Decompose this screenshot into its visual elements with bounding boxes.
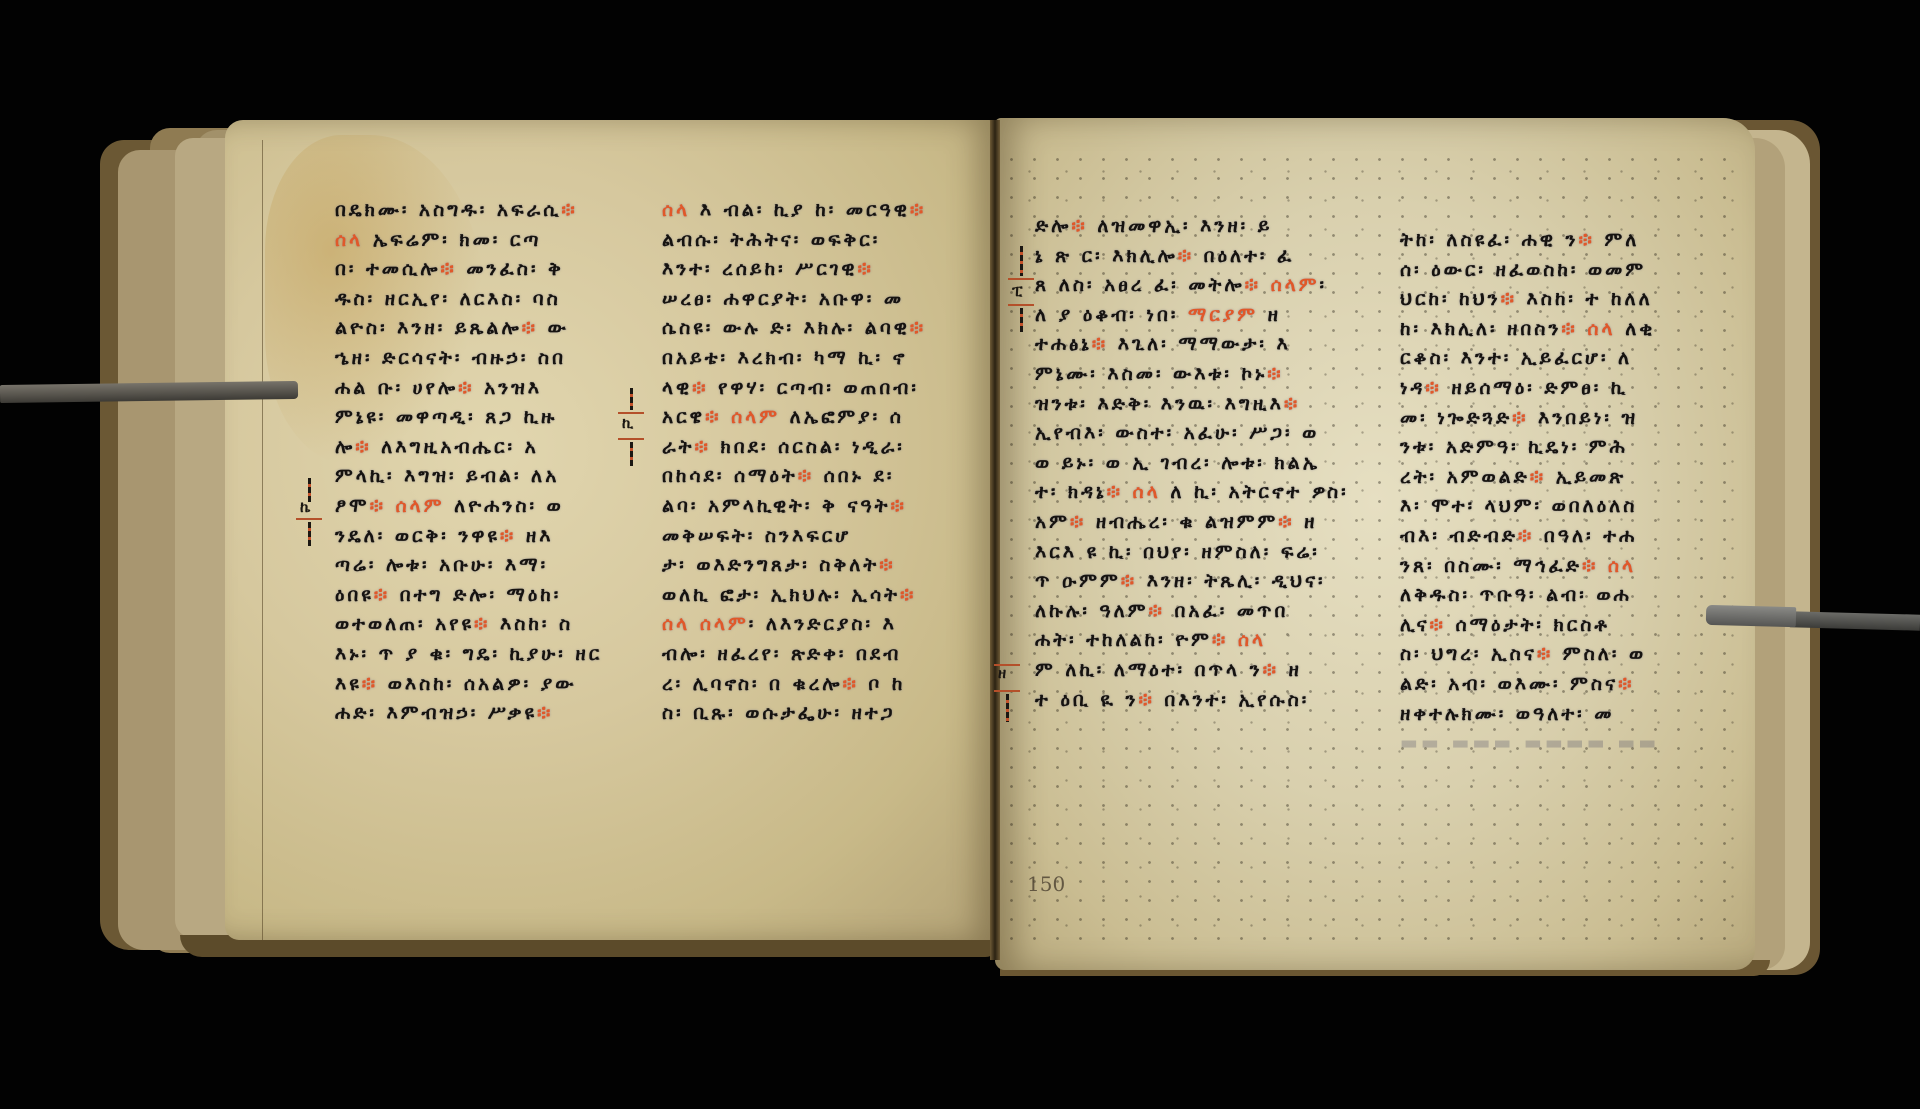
text-line: በ፡ ተመሲሎ፨ መንፈስ፡ ቅ [335,255,602,285]
text-line: ፆሞ፨ ሰላም ለዮሐንስ፡ ወ [335,492,602,522]
text-line: ርቆስ፡ እንተ፡ ኢይፈርሆ፡ ለ [1400,344,1659,374]
text-line: ስ፡ ህግረ፡ ኢስና፨ ምስለ፡ ወ [1400,640,1659,670]
text-line: ምኔዩ፡ መዋጣዲ፡ ጸጋ ኪዙ [335,403,602,433]
text-line: ድሎ፨ ለዝመዋኢ፡ እንዘ፡ ይ [1035,212,1349,242]
text-line: ዝንቱ፡ እድቅ፡ እንዉ፡ እግዚእ፨ [1035,390,1349,420]
text-line: ዱስ፡ ዘርኢየ፡ ለርእስ፡ ባስ [335,285,602,315]
section-marker-icon: ፒ [1008,246,1034,332]
text-line: ልባ፡ አምላኪዊት፡ ቅ ናዓት፨ [662,492,926,522]
text-line: ንቱ፡ አድምዓ፡ ኪዴነ፡ ምሕ [1400,433,1659,463]
section-marker-icon: ኪ [618,388,644,466]
text-line: እ፡ ሞተ፡ ላህም፡ ወበለዕለስ [1400,492,1659,522]
left-page-column-1: በዴክሙ፡ አስግዱ፡ አፍራሲ፨ ሰላ ኤፍሬም፡ ክመ፡ ርጣ በ፡ ተመሲ… [335,196,602,729]
text-line: ሴስዩ፡ ውሉ ድ፡ እክሉ፡ ልባዊ፨ [662,314,926,344]
text-line: ሐት፡ ተከለልከ፡ ዮም፨ ሰላ [1035,626,1349,656]
text-line: ሠረፀ፡ ሐዋርያት፡ አቡዋ፡ መ [662,285,926,315]
text-line: ወለኪ ፎታ፡ ኢክህሉ፡ ኢሳት፨ [662,581,926,611]
text-line: ሰላ ሰላም፡ ለእንድርያስ፡ እ [662,610,926,640]
text-line: ሰላ እ ብል፡ ኪያ ከ፡ መርዓዊ፨ [662,196,926,226]
text-line: ረ፡ ሊባኖስ፡ በ ቁረሎ፨ ቦ ከ [662,670,926,700]
text-line: ንጸ፡ በስሙ፡ ማኅፈድ፨ ሰላ [1400,552,1659,582]
text-line: ልድ፡ አብ፡ ወእሙ፡ ምስና፨ [1400,670,1659,700]
text-line: ልዮስ፡ እንዘ፡ ይጼልሎ፨ ው [335,314,602,344]
text-line: ነዳ፨ ዘይሰማዕ፡ ድምፀ፡ ኪ [1400,374,1659,404]
text-line: በከሳደ፡ ሰማዕት፨ ሰበኑ ደ፡ [662,462,926,492]
text-line: ዕበዩ፨ በተግ ድሎ፡ ማዕከ፡ [335,581,602,611]
text-line: እኑ፡ ጥ ያ ቁ፡ ግዴ፡ ኪያሁ፡ ዘር [335,640,602,670]
text-line: ከ፡ እክሊለ፡ ዘበስን፨ ሰላ ለቂ [1400,315,1659,345]
text-line: ተ ዕቢ ዪ ን፨ በእንተ፡ ኢየሱስ፡ [1035,686,1349,716]
text-line: ልብሱ፡ ትሕትና፡ ወፍቅር፡ [662,226,926,256]
folio-number: 150 [1027,872,1065,896]
text-line: ትከ፡ ለስዩፈ፡ ሐዊ ን፨ ምለ [1400,226,1659,256]
text-line: መ፡ ነጐድጓድ፨ እንበይነ፡ ዝ [1400,404,1659,434]
text-line: ተሐፅኔ፨ እጊለ፡ ማማውታ፡ እ [1035,330,1349,360]
text-line: መቅሠፍት፡ ስንእፍርሆ [662,522,926,552]
text-line: ለቅዱስ፡ ጥቡዓ፡ ልብ፡ ወሐ [1400,581,1659,611]
text-line: ስ፡ ቢጹ፡ ወሱታፌሁ፡ ዘተጋ [662,699,926,729]
text-line: እርእ ዩ ኪ፡ በህየ፡ ዘምስለ፡ ፍሬ፡ [1035,538,1349,568]
text-line: ህርከ፡ ከህን፨ እስከ፡ ተ ከለለ [1400,285,1659,315]
text-line: እዩ፨ ወእስከ፡ ሰአልዎ፡ ያው [335,670,602,700]
text-line: ብሎ፡ ዘፈረየ፡ ጽድቀ፡ በደብ [662,640,926,670]
text-line: ረት፡ አምወልድ፨ ኢይመጽ [1400,463,1659,493]
text-line: ምላኪ፡ እግዝ፡ ይብል፡ ለአ [335,462,602,492]
text-line: ሐድ፡ እምብዝኃ፡ ሥቃዩ፨ [335,699,602,729]
text-line: ንዴለ፡ ወርቅ፡ ንዋዩ፨ ዘእ [335,522,602,552]
section-marker-icon: ዘ [994,650,1020,726]
text-line: ሐል ቡ፡ ሀየሎ፨ አንዝእ [335,374,602,404]
text-line: ጥ ዑምም፨ እንዘ፡ ትጼሊ፡ ዲህና፡ [1035,567,1349,597]
text-line: ተ፡ ክዳኔ፨ ሰላ ለ ኪ፡ አትርኖተ ዎስ፡ [1035,478,1349,508]
text-line: ራት፨ ክበደ፡ ሰርስል፡ ነዲራ፡ [662,433,926,463]
text-line: ምኔሙ፡ እስመ፡ ውእቱ፡ ኮኑ፨ [1035,360,1349,390]
text-line: ኔ ጽ ር፡ እክሊሎ፨ በዕለተ፡ ፈ [1035,242,1349,272]
text-line: ወ ይኑ፡ ወ ኢ ገብረ፡ ሎቱ፡ ክልኤ [1035,449,1349,479]
page-pointer-right-handle [1790,611,1920,630]
text-line: ላዊ፨ የዋሃ፡ ርጣብ፡ ወጠበብ፡ [662,374,926,404]
text-line: ለ ያ ዕቆብ፡ ነበ፡ ማርያም ዘ [1035,301,1349,331]
right-page-column-1: ድሎ፨ ለዝመዋኢ፡ እንዘ፡ ይ ኔ ጽ ር፡ እክሊሎ፨ በዕለተ፡ ፈ ጸ… [1035,212,1349,715]
text-line: እንተ፡ ረሰይከ፡ ሥርገዊ፨ [662,255,926,285]
right-page-column-2: ትከ፡ ለስዩፈ፡ ሐዊ ን፨ ምለ ሰ፡ ዕውር፡ ዘፈወስከ፡ ወመም ህር… [1400,226,1659,759]
text-line: ሰ፡ ዕውር፡ ዘፈወስከ፡ ወመም [1400,256,1659,286]
text-line: ዘቀተሉክሙ፡ ወዓለተ፡ መ [1400,700,1659,730]
page-fold-line [262,140,263,940]
show-through-text: ▬▬ ▬▬▬ ▬▬▬▬ ▬▬ [1400,729,1659,759]
text-line: ም ለኪ፡ ለማዕተ፡ በጥላ ን፨ ዘ [1035,656,1349,686]
text-line: ጸ ለስ፡ አፀረ ፈ፡ መትሎ፨ ሰላም፡ [1035,271,1349,301]
text-line: ወተወለጠ፡ አየዩ፨ እስከ፡ ስ [335,610,602,640]
text-line: በአይቴ፡ እረክብ፡ ካማ ኪ፡ ኖ [662,344,926,374]
text-line: በዴክሙ፡ አስግዱ፡ አፍራሲ፨ [335,196,602,226]
text-line: ኄዘ፡ ድርሳናት፡ ብዙኃ፡ ስበ [335,344,602,374]
left-page-column-2: ሰላ እ ብል፡ ኪያ ከ፡ መርዓዊ፨ ልብሱ፡ ትሕትና፡ ወፍቅር፡ እን… [662,196,926,729]
text-line: ለኩሉ፡ ዓለም፨ በአፈ፡ መጥበ [1035,597,1349,627]
book-gutter [990,120,1000,960]
text-line: ሊና፨ ሰማዕታት፡ ክርስቶ [1400,611,1659,641]
text-line: ኢየብእ፡ ውስተ፡ አፈሁ፡ ሥጋ፡ ወ [1035,419,1349,449]
text-line: ታ፡ ወእድንግጸታ፡ ስቅለት፨ [662,551,926,581]
text-line: አርዌ፨ ሰላም ለኤፎምያ፡ ሰ [662,403,926,433]
text-line: ጣሬ፡ ሎቱ፡ አቡሁ፡ እማ፡ [335,551,602,581]
text-line: ብእ፡ ብድብድ፨ በዓለ፡ ተሐ [1400,522,1659,552]
text-line: ሰላ ኤፍሬም፡ ክመ፡ ርጣ [335,226,602,256]
page-pointer-right-blade [1706,605,1796,627]
text-line: አም፨ ዘብሔረ፡ ቁ ልዝምም፨ ዘ [1035,508,1349,538]
section-marker-icon: ኬ [296,478,322,548]
text-line: ሎ፨ ለእግዚአብሔር፡ አ [335,433,602,463]
